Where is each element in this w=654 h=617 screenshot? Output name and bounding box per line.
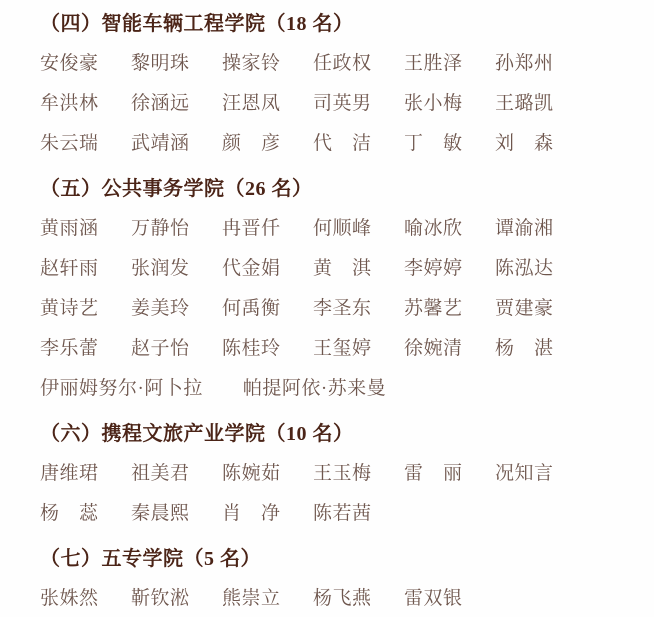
student-name: 杨飞燕 xyxy=(313,579,404,617)
name-row: 朱云瑞 武靖涵 颜 彦 代 洁 丁 敏 刘 森 xyxy=(40,124,654,164)
student-name: 代 洁 xyxy=(313,124,404,164)
section-heading: （四）智能车辆工程学院（18 名） xyxy=(40,4,654,44)
student-name: 谭渝湘 xyxy=(495,209,586,249)
name-row: 安俊豪 黎明珠 操家铃 任政权 王胜泽 孙郑州 xyxy=(40,44,654,84)
student-name: 陈桂玲 xyxy=(222,329,313,369)
student-name: 李婷婷 xyxy=(404,249,495,289)
student-name: 陈若茜 xyxy=(313,494,404,534)
student-name: 雷双银 xyxy=(404,579,495,617)
name-row: 张姝然 靳钦淞 熊崇立 杨飞燕 雷双银 xyxy=(40,579,654,617)
student-name: 况知言 xyxy=(495,454,586,494)
student-name: 熊崇立 xyxy=(222,579,313,617)
student-name: 肖 净 xyxy=(222,494,313,534)
section-heading: （七）五专学院（5 名） xyxy=(40,539,654,579)
student-name: 任政权 xyxy=(313,44,404,84)
student-name: 颜 彦 xyxy=(222,124,313,164)
name-row: 唐维珺 祖美君 陈婉茹 王玉梅 雷 丽 况知言 xyxy=(40,454,654,494)
student-name: 祖美君 xyxy=(131,454,222,494)
section-heading: （六）携程文旅产业学院（10 名） xyxy=(40,414,654,454)
student-name: 黄 淇 xyxy=(313,249,404,289)
student-name: 黎明珠 xyxy=(131,44,222,84)
student-name: 陈泓达 xyxy=(495,249,586,289)
student-name: 张姝然 xyxy=(40,579,131,617)
student-name: 司英男 xyxy=(313,84,404,124)
name-row: 牟洪林 徐涵远 汪恩凤 司英男 张小梅 王璐凯 xyxy=(40,84,654,124)
student-name: 黄诗艺 xyxy=(40,289,131,329)
student-name: 赵轩雨 xyxy=(40,249,131,289)
student-name: 杨 湛 xyxy=(495,329,586,369)
student-name: 雷 丽 xyxy=(404,454,495,494)
student-name: 喻冰欣 xyxy=(404,209,495,249)
student-name: 代金娟 xyxy=(222,249,313,289)
student-name: 贾建豪 xyxy=(495,289,586,329)
student-name: 靳钦淞 xyxy=(131,579,222,617)
student-name: 王玉梅 xyxy=(313,454,404,494)
student-name: 黄雨涵 xyxy=(40,209,131,249)
student-name: 武靖涵 xyxy=(131,124,222,164)
student-name: 赵子怡 xyxy=(131,329,222,369)
student-name: 牟洪林 xyxy=(40,84,131,124)
name-list-document: （四）智能车辆工程学院（18 名） 安俊豪 黎明珠 操家铃 任政权 王胜泽 孙郑… xyxy=(0,0,654,617)
student-name: 秦晨熙 xyxy=(131,494,222,534)
name-row: 李乐蕾 赵子怡 陈桂玲 王玺婷 徐婉清 杨 湛 xyxy=(40,329,654,369)
student-name: 李乐蕾 xyxy=(40,329,131,369)
name-row: 伊丽姆努尔·阿卜拉 帕提阿依·苏来曼 xyxy=(40,369,654,409)
student-name: 安俊豪 xyxy=(40,44,131,84)
student-name: 苏馨艺 xyxy=(404,289,495,329)
name-row: 黄诗艺 姜美玲 何禹衡 李圣东 苏馨艺 贾建豪 xyxy=(40,289,654,329)
name-row: 杨 蕊 秦晨熙 肖 净 陈若茜 xyxy=(40,494,654,534)
student-name: 操家铃 xyxy=(222,44,313,84)
student-name: 王璐凯 xyxy=(495,84,586,124)
student-name: 王玺婷 xyxy=(313,329,404,369)
student-name: 陈婉茹 xyxy=(222,454,313,494)
student-name: 何顺峰 xyxy=(313,209,404,249)
student-name: 丁 敏 xyxy=(404,124,495,164)
name-row: 黄雨涵 万静怡 冉晋仟 何顺峰 喻冰欣 谭渝湘 xyxy=(40,209,654,249)
student-name: 朱云瑞 xyxy=(40,124,131,164)
student-name: 杨 蕊 xyxy=(40,494,131,534)
student-name: 张小梅 xyxy=(404,84,495,124)
name-row: 赵轩雨 张润发 代金娟 黄 淇 李婷婷 陈泓达 xyxy=(40,249,654,289)
student-name: 张润发 xyxy=(131,249,222,289)
student-name: 何禹衡 xyxy=(222,289,313,329)
student-name: 王胜泽 xyxy=(404,44,495,84)
student-name: 姜美玲 xyxy=(131,289,222,329)
student-name: 伊丽姆努尔·阿卜拉 xyxy=(40,369,203,409)
student-name: 孙郑州 xyxy=(495,44,586,84)
student-name: 刘 森 xyxy=(495,124,586,164)
student-name: 唐维珺 xyxy=(40,454,131,494)
student-name: 徐涵远 xyxy=(131,84,222,124)
student-name: 帕提阿依·苏来曼 xyxy=(243,369,386,409)
student-name: 汪恩凤 xyxy=(222,84,313,124)
student-name: 冉晋仟 xyxy=(222,209,313,249)
student-name: 徐婉清 xyxy=(404,329,495,369)
section-heading: （五）公共事务学院（26 名） xyxy=(40,169,654,209)
student-name: 李圣东 xyxy=(313,289,404,329)
student-name: 万静怡 xyxy=(131,209,222,249)
